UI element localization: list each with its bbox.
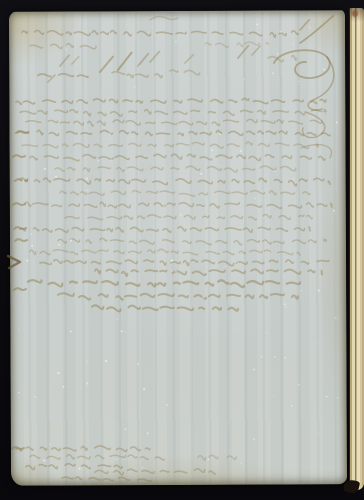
archive-photo-frame: [0, 0, 364, 500]
page-stack-edge: [349, 8, 364, 490]
binding-mark: [352, 10, 358, 17]
manuscript-page: [9, 10, 347, 485]
